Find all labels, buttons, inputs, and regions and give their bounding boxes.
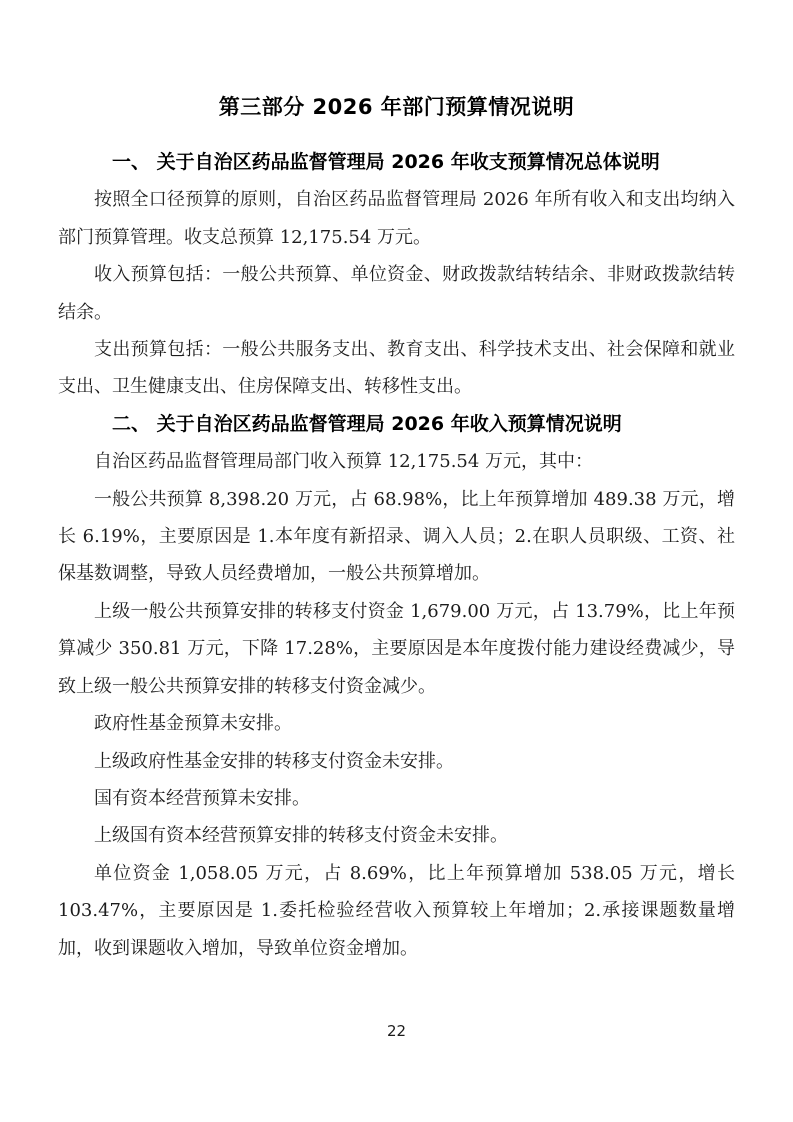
section-2-paragraph-state-capital: 国有资本经营预算未安排。 <box>58 780 735 817</box>
section-2-heading: 二、 关于自治区药品监督管理局 2026 年收入预算情况说明 <box>58 406 735 443</box>
section-2-paragraph-government-fund-transfer: 上级政府性基金安排的转移支付资金未安排。 <box>58 743 735 780</box>
section-1-paragraph-expenditure-scope: 支出预算包括：一般公共服务支出、教育支出、科学技术支出、社会保障和就业支出、卫生… <box>58 331 735 406</box>
document-title: 第三部分 2026 年部门预算情况说明 <box>58 94 735 120</box>
document-content: 第三部分 2026 年部门预算情况说明 一、 关于自治区药品监督管理局 2026… <box>58 94 735 967</box>
section-1-paragraph-overall-budget: 按照全口径预算的原则，自治区药品监督管理局 2026 年所有收入和支出均纳入部门… <box>58 181 735 256</box>
section-2-paragraph-state-capital-transfer: 上级国有资本经营预算安排的转移支付资金未安排。 <box>58 817 735 854</box>
section-2-paragraph-total-revenue: 自治区药品监督管理局部门收入预算 12,175.54 万元，其中： <box>58 443 735 480</box>
section-2-paragraph-transfer-payment: 上级一般公共预算安排的转移支付资金 1,679.00 万元，占 13.79%，比… <box>58 593 735 705</box>
section-1-paragraph-revenue-scope: 收入预算包括：一般公共预算、单位资金、财政拨款结转结余、非财政拨款结转结余。 <box>58 256 735 331</box>
page-number: 22 <box>0 1022 793 1040</box>
document-page: 第三部分 2026 年部门预算情况说明 一、 关于自治区药品监督管理局 2026… <box>0 0 793 1122</box>
section-1-heading: 一、 关于自治区药品监督管理局 2026 年收支预算情况总体说明 <box>58 144 735 181</box>
section-2-paragraph-general-public-budget: 一般公共预算 8,398.20 万元，占 68.98%，比上年预算增加 489.… <box>58 481 735 593</box>
section-2-paragraph-government-fund: 政府性基金预算未安排。 <box>58 705 735 742</box>
section-2-paragraph-unit-funds: 单位资金 1,058.05 万元，占 8.69%，比上年预算增加 538.05 … <box>58 855 735 967</box>
